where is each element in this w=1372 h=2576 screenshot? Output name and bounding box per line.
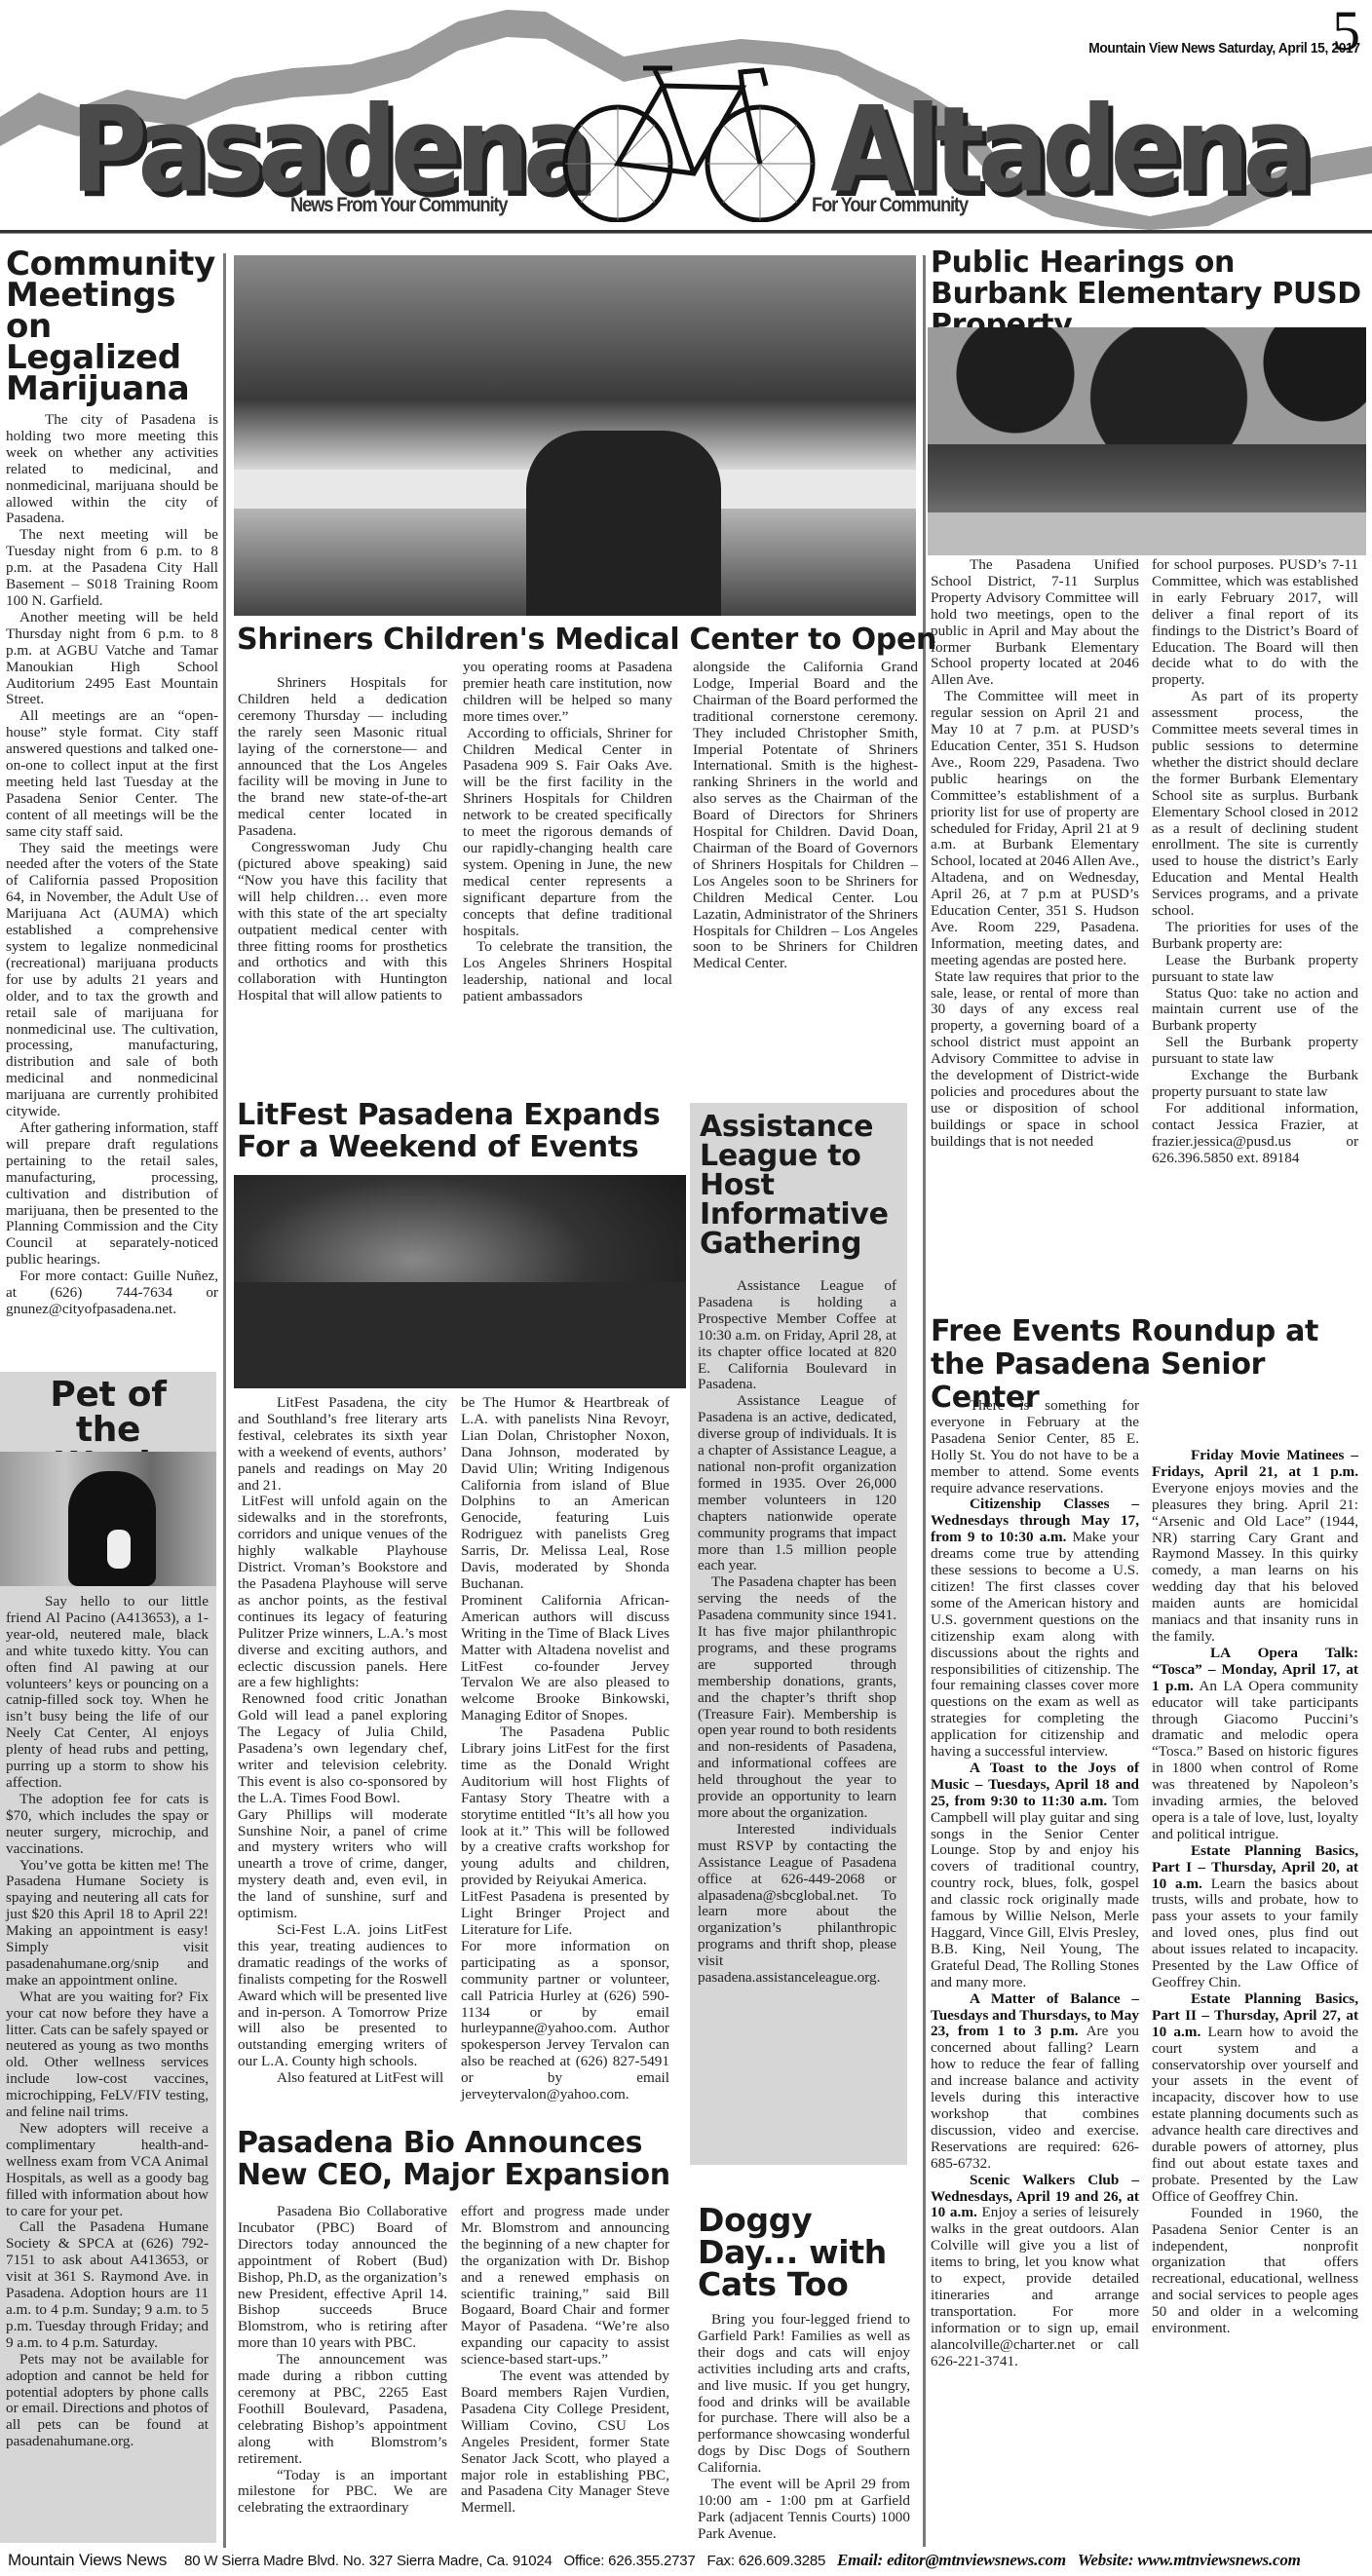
paragraph: The Pasadena chapter has been serving th… [698, 1574, 896, 1822]
paragraph: According to officials, Shriner for Chil… [463, 726, 672, 940]
event-estate-2: Estate Planning Basics, Part II – Thursd… [1152, 1991, 1358, 2206]
footer: Mountain Views News 80 W Sierra Madre Bl… [0, 2553, 1372, 2576]
paragraph: Pets may not be available for adoption a… [6, 2352, 209, 2450]
article-body: Say hello to our little friend Al Pacino… [6, 1594, 209, 2450]
paragraph: For more information on participating as… [461, 1939, 669, 2103]
article-marijuana: Community Meetings on Legalized Marijuan… [6, 248, 218, 1318]
paragraph: What are you waiting for? Fix your cat n… [6, 1989, 209, 2121]
shriners-col-2: you operating rooms at Pasadena premier … [463, 660, 672, 1005]
footer-fax: Fax: 626.609.3285 [706, 2553, 825, 2569]
paragraph: All meetings are an “open-house” style f… [6, 708, 218, 840]
column-divider [923, 255, 926, 2547]
cat-photo [0, 1452, 216, 1586]
list-item: Exchange the Burbank property pursuant t… [1152, 1068, 1358, 1101]
paragraph: The priorities for uses of the Burbank p… [1152, 920, 1358, 953]
footer-email-link[interactable]: Email: editor@mtnviewsnews.com [837, 2551, 1066, 2569]
dateline: Mountain View News Saturday, April 15, 2… [1089, 41, 1360, 57]
litfest-col-1: LitFest Pasadena, the city and Southland… [238, 1395, 447, 2087]
headline: Community Meetings on Legalized Marijuan… [6, 248, 218, 404]
paragraph: you operating rooms at Pasadena premier … [463, 660, 672, 726]
paragraph: Another meeting will be held Thursday ni… [6, 610, 218, 708]
list-item: Status Quo: take no action and maintain … [1152, 986, 1358, 1036]
shriners-col-1: Shriners Hospitals for Children held a d… [238, 658, 447, 1004]
senior-col-1: There is something for everyone in Febru… [931, 1398, 1139, 2369]
paragraph: The event was attended by Board members … [461, 2368, 669, 2517]
paragraph: Pasadena Bio Collaborative Incubator (PB… [238, 2204, 447, 2352]
list-item: Sell the Burbank property pursuant to st… [1152, 1035, 1358, 1068]
event-movie: Friday Movie Matinees – Fridays, April 2… [1152, 1448, 1358, 1646]
paragraph: After gathering information, staff will … [6, 1120, 218, 1269]
paragraph: LitFest will unfold again on the sidewal… [238, 1494, 447, 1691]
paragraph: Renowned food critic Jonathan Gold will … [238, 1691, 447, 1806]
paragraph: State law requires that prior to the sal… [931, 969, 1139, 1151]
event-estate-1: Estate Planning Basics, Part I – Thursda… [1152, 1843, 1358, 1991]
event-walkers: Scenic Walkers Club – Wednesdays, April … [931, 2173, 1139, 2370]
paragraph: There is something for everyone in Febru… [931, 1398, 1139, 1496]
headline-pasadena-bio: Pasadena Bio Announces New CEO, Major Ex… [237, 2127, 695, 2191]
article-body: Bring you four-legged friend to Garfield… [698, 2312, 910, 2543]
article-body: The city of Pasadena is holding two more… [6, 412, 218, 1318]
paragraph: The Committee will meet in regular sessi… [931, 689, 1139, 968]
logo-pasadena: Pasadena [70, 96, 588, 206]
column-divider [223, 253, 226, 2548]
headline: Assistance League to Host Informative Ga… [690, 1103, 907, 1259]
paragraph: The event will be April 29 from 10:00 am… [698, 2477, 910, 2543]
paragraph: The city of Pasadena is holding two more… [6, 412, 218, 527]
paragraph: be The Humor & Heartbreak of L.A. with p… [461, 1395, 669, 1593]
bio-col-1: Pasadena Bio Collaborative Incubator (PB… [238, 2204, 447, 2517]
headline-shriners: Shriners Children's Medical Center to Op… [237, 624, 936, 657]
paragraph: Interested individuals must RSVP by cont… [698, 1822, 896, 1987]
event-opera: LA Opera Talk: “Tosca” – Monday, April 1… [1152, 1646, 1358, 1843]
paragraph: New adopters will receive a complimentar… [6, 2121, 209, 2219]
paragraph: LitFest Pasadena is presented by Light B… [461, 1889, 669, 1939]
senior-col-2: Friday Movie Matinees – Fridays, April 2… [1152, 1448, 1358, 2337]
shriners-ceremony-photo [234, 255, 916, 616]
footer-office: Office: 626.355.2737 [564, 2553, 696, 2569]
event-citizenship: Citizenship Classes – Wednesdays through… [931, 1496, 1139, 1761]
bio-col-2: effort and progress made under Mr. Bloms… [461, 2204, 669, 2517]
paragraph: The next meeting will be Tuesday night f… [6, 527, 218, 610]
paragraph: for school purposes. PUSD’s 7-11 Committ… [1152, 557, 1358, 689]
paragraph: For more contact: Guille Nuñez, at (626)… [6, 1269, 218, 1318]
paragraph: Prominent California African-American au… [461, 1593, 669, 1724]
paragraph: effort and progress made under Mr. Bloms… [461, 2204, 669, 2368]
paragraph: Congresswoman Judy Chu (pictured above s… [238, 840, 447, 1004]
tagline-left: News From Your Community [290, 198, 507, 214]
paragraph: As part of its property assessment proce… [1152, 689, 1358, 920]
paragraph: The Pasadena Unified School District, 7-… [931, 557, 1139, 689]
paragraph: The announcement was made during a ribbo… [238, 2352, 447, 2467]
paragraph: Say hello to our little friend Al Pacino… [6, 1594, 209, 1792]
footer-address: 80 W Sierra Madre Blvd. No. 327 Sierra M… [184, 2553, 553, 2569]
paragraph: For additional information, contact Jess… [1152, 1101, 1358, 1167]
burbank-col-2: for school purposes. PUSD’s 7-11 Committ… [1152, 557, 1358, 1167]
burbank-school-photo [928, 327, 1366, 555]
tagline-right: For Your Community [812, 198, 968, 214]
logo-altadena: Altadena [830, 96, 1307, 206]
paragraph: alongside the California Grand Lodge, Im… [693, 660, 918, 972]
paragraph: The adoption fee for cats is $70, which … [6, 1792, 209, 1858]
bicycle-icon [557, 57, 820, 222]
paragraph: Gary Phillips will moderate Sunshine Noi… [238, 1807, 447, 1922]
paragraph: Bring you four-legged friend to Garfield… [698, 2312, 910, 2477]
article-body: Assistance League of Pasadena is holding… [698, 1278, 896, 1987]
shriners-col-3: alongside the California Grand Lodge, Im… [693, 660, 918, 972]
paragraph: LitFest Pasadena, the city and Southland… [238, 1395, 447, 1494]
article-pet-of-the-week: Pet of the Week Say hello to our little … [0, 1372, 216, 2543]
paragraph: You’ve gotta be kitten me! The Pasadena … [6, 1858, 209, 1989]
footer-website-link[interactable]: Website: www.mtnviewsnews.com [1078, 2551, 1301, 2569]
paragraph: Sci-Fest L.A. joins LitFest this year, t… [238, 1922, 447, 2070]
event-balance: A Matter of Balance – Tuesdays and Thurs… [931, 1991, 1139, 2173]
paragraph: To celebrate the transition, the Los Ang… [463, 939, 672, 1005]
article-doggy-day: Doggy Day... with Cats Too Bring you fou… [698, 2204, 910, 2543]
paragraph: Also featured at LitFest will [238, 2070, 447, 2087]
paragraph: Call the Pasadena Humane Society & SPCA … [6, 2219, 209, 2351]
paragraph: Assistance League of Pasadena is an acti… [698, 1393, 896, 1574]
list-item: Lease the Burbank property pursuant to s… [1152, 953, 1358, 986]
paragraph: Founded in 1960, the Pasadena Senior Cen… [1152, 2206, 1358, 2337]
footer-publication: Mountain Views News [8, 2551, 167, 2569]
headline: Doggy Day... with Cats Too [698, 2204, 910, 2300]
masthead: 5 Mountain View News Saturday, April 15,… [0, 0, 1372, 230]
event-music: A Toast to the Joys of Music – Tuesdays,… [931, 1761, 1139, 1991]
paragraph: The Pasadena Public Library joins LitFes… [461, 1724, 669, 1889]
paragraph: “Today is an important milestone for PBC… [238, 2468, 447, 2518]
paragraph: Assistance League of Pasadena is holding… [698, 1278, 896, 1393]
article-assistance-league: Assistance League to Host Informative Ga… [690, 1103, 907, 2165]
masthead-rule [0, 230, 1372, 234]
litfest-audience-photo [234, 1175, 686, 1388]
paragraph: Shriners Hospitals for Children held a d… [238, 675, 447, 840]
paragraph: They said the meetings were needed after… [6, 841, 218, 1120]
headline-litfest: LitFest Pasadena Expands For a Weekend o… [237, 1099, 695, 1163]
burbank-col-1: The Pasadena Unified School District, 7-… [931, 557, 1139, 1151]
litfest-col-2: be The Humor & Heartbreak of L.A. with p… [461, 1395, 669, 2103]
